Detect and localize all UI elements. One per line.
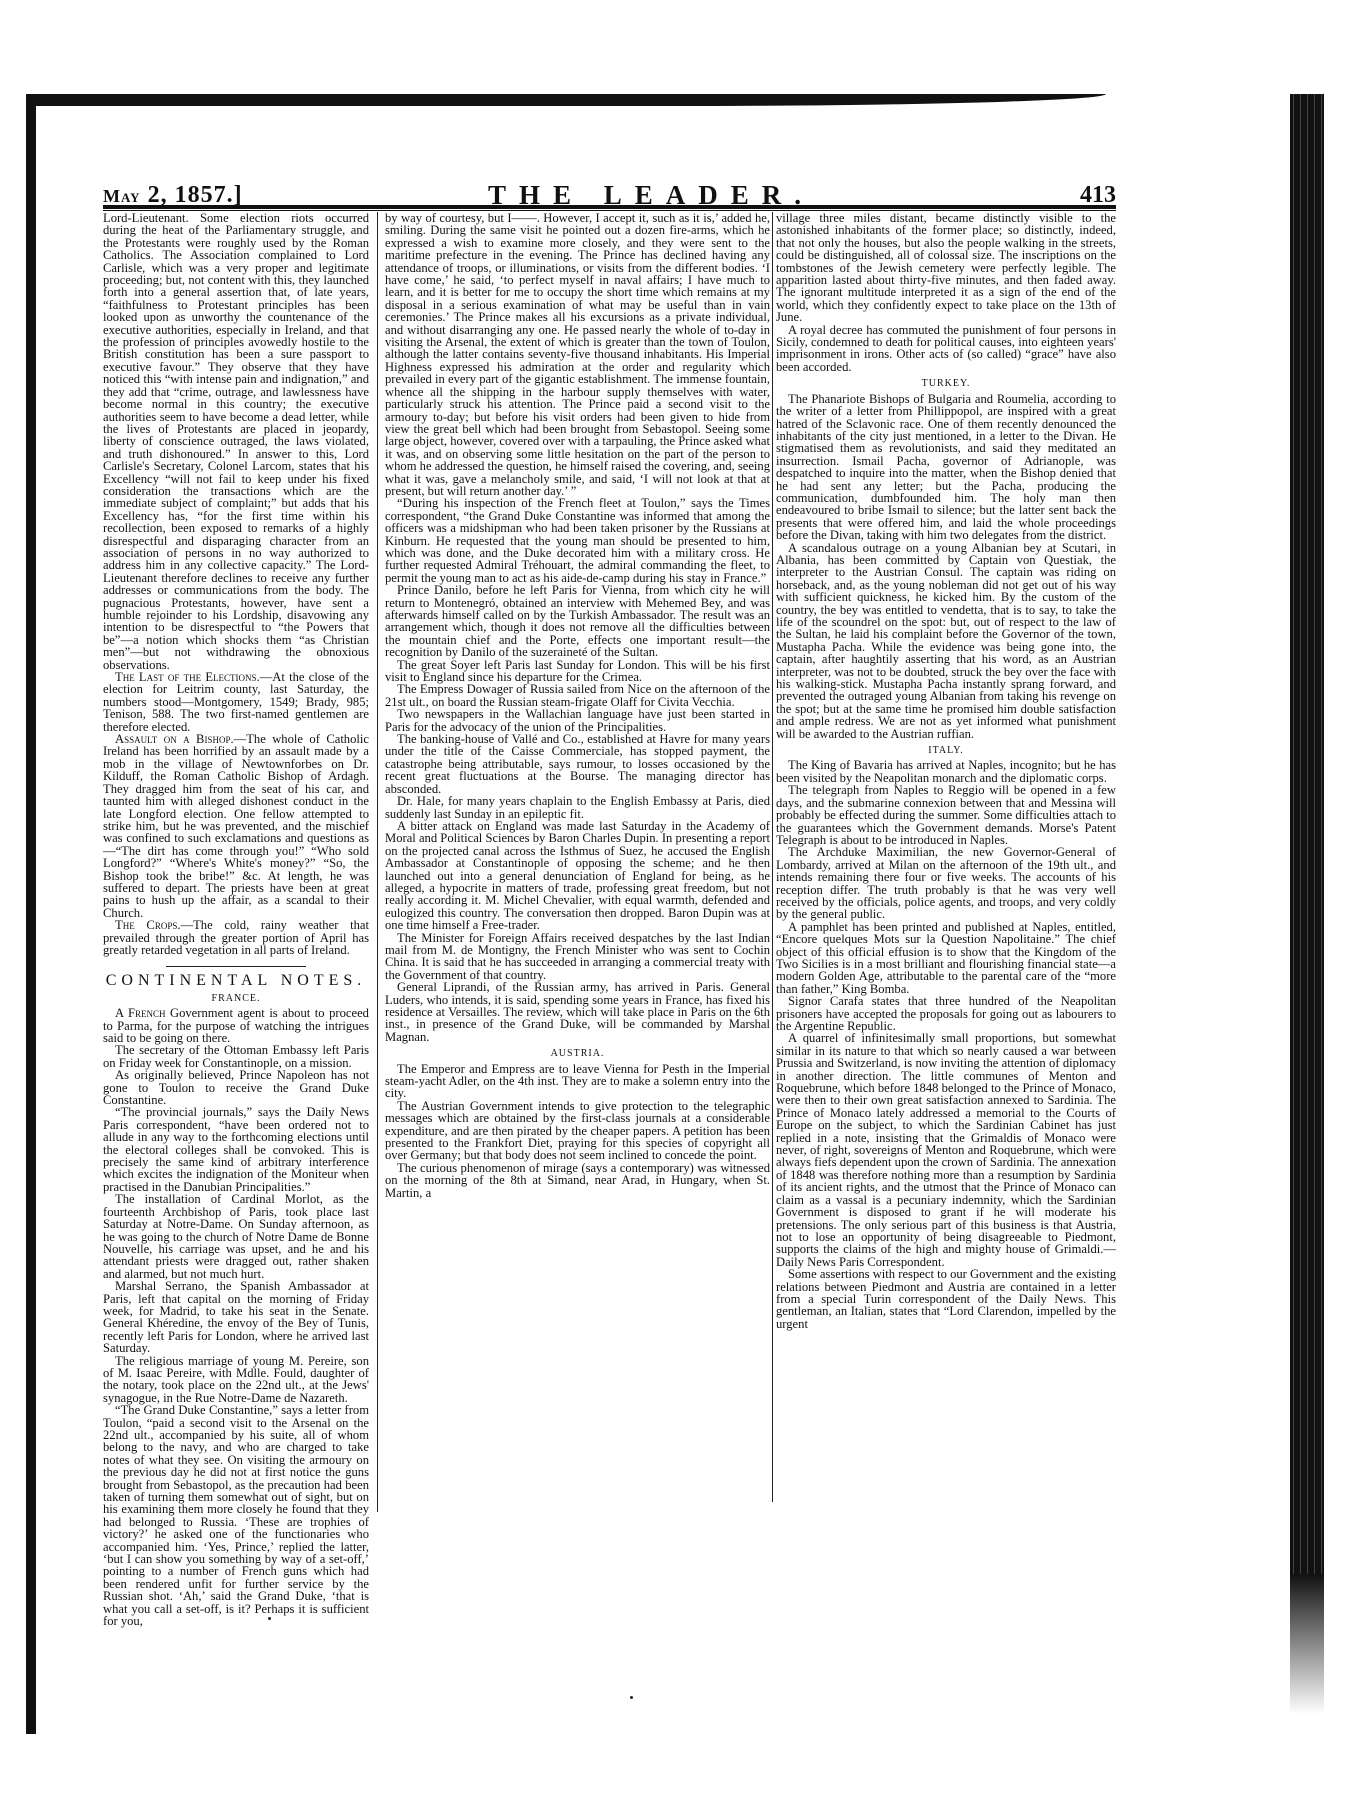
subhead-turkey: TURKEY. — [776, 378, 1116, 390]
date-month: May — [103, 186, 141, 206]
column-divider-1 — [377, 212, 378, 1512]
article-paragraph: The King of Bavaria has arrived at Naple… — [776, 759, 1116, 784]
scan-speck — [630, 1696, 633, 1699]
article-paragraph: Signor Carafa states that three hundred … — [776, 995, 1116, 1032]
article-paragraph: The Phanariote Bishops of Bulgaria and R… — [776, 393, 1116, 542]
article-paragraph: Dr. Hale, for many years chaplain to the… — [385, 795, 770, 820]
article-paragraph: A royal decree has commuted the punishme… — [776, 324, 1116, 374]
article-body: —The whole of Catholic Ireland has been … — [103, 732, 369, 920]
article-last-elections: The Last of the Elections.—At the close … — [103, 671, 369, 733]
article-paragraph: The great Soyer left Paris last Sunday f… — [385, 659, 770, 684]
article-paragraph: Marshal Serrano, the Spanish Ambassador … — [103, 1280, 369, 1354]
subhead-austria: AUSTRIA. — [385, 1048, 770, 1060]
article-paragraph: Two newspapers in the Wallachian languag… — [385, 708, 770, 733]
scan-border-top — [26, 94, 1106, 106]
section-title: CONTINENTAL NOTES. — [103, 975, 369, 987]
article-paragraph: Some assertions with respect to our Gove… — [776, 1268, 1116, 1330]
article-paragraph: Prince Danilo, before he left Paris for … — [385, 584, 770, 658]
scan-border-right-fade — [1290, 1574, 1324, 1714]
article-paragraph: A French Government agent is about to pr… — [103, 1007, 369, 1044]
article-crops: The Crops.—The cold, rainy weather that … — [103, 919, 369, 956]
article-paragraph: The curious phenomenon of mirage (says a… — [385, 1162, 770, 1199]
subhead-italy: ITALY. — [776, 745, 1116, 757]
article-paragraph: A scandalous outrage on a young Albanian… — [776, 542, 1116, 741]
article-paragraph: “The Grand Duke Constantine,” says a let… — [103, 1404, 369, 1627]
article-paragraph: A pamphlet has been printed and publishe… — [776, 921, 1116, 995]
article-paragraph: The banking-house of Vallé and Co., esta… — [385, 733, 770, 795]
article-paragraph: “The provincial journals,” says the Dail… — [103, 1106, 369, 1193]
article-paragraph: The Austrian Government intends to give … — [385, 1100, 770, 1162]
article-paragraph: A bitter attack on England was made last… — [385, 820, 770, 932]
article-paragraph: “During his inspection of the French fle… — [385, 497, 770, 584]
scan-speck — [268, 1617, 271, 1620]
article-paragraph: The religious marriage of young M. Perei… — [103, 1355, 369, 1405]
article-paragraph: The telegraph from Naples to Reggio will… — [776, 784, 1116, 846]
header-rule — [103, 205, 1116, 209]
article-paragraph: by way of courtesy, but I——. However, I … — [385, 212, 770, 497]
column-3: village three miles distant, became dist… — [776, 212, 1116, 1330]
article-assault-bishop: Assault on a Bishop.—The whole of Cathol… — [103, 733, 369, 919]
article-paragraph: As originally believed, Prince Napoleon … — [103, 1069, 369, 1106]
article-paragraph: village three miles distant, became dist… — [776, 212, 1116, 324]
article-paragraph: The Emperor and Empress are to leave Vie… — [385, 1063, 770, 1100]
column-1: Lord-Lieutenant. Some election riots occ… — [103, 212, 369, 1628]
article-paragraph: Lord-Lieutenant. Some election riots occ… — [103, 212, 369, 671]
column-divider-2 — [772, 212, 773, 1502]
article-paragraph: The installation of Cardinal Morlot, as … — [103, 1193, 369, 1280]
section-divider — [166, 966, 306, 967]
subhead-france: FRANCE. — [103, 993, 369, 1005]
article-paragraph: A quarrel of infinitesimally small propo… — [776, 1032, 1116, 1268]
scan-border-left — [26, 94, 36, 1734]
scan-border-right — [1290, 94, 1324, 1574]
column-2: by way of courtesy, but I——. However, I … — [385, 212, 770, 1199]
article-paragraph: The Empress Dowager of Russia sailed fro… — [385, 683, 770, 708]
article-paragraph: The secretary of the Ottoman Embassy lef… — [103, 1044, 369, 1069]
article-paragraph: General Liprandi, of the Russian army, h… — [385, 981, 770, 1043]
article-paragraph: The Archduke Maximilian, the new Governo… — [776, 846, 1116, 920]
article-paragraph: The Minister for Foreign Affairs receive… — [385, 932, 770, 982]
